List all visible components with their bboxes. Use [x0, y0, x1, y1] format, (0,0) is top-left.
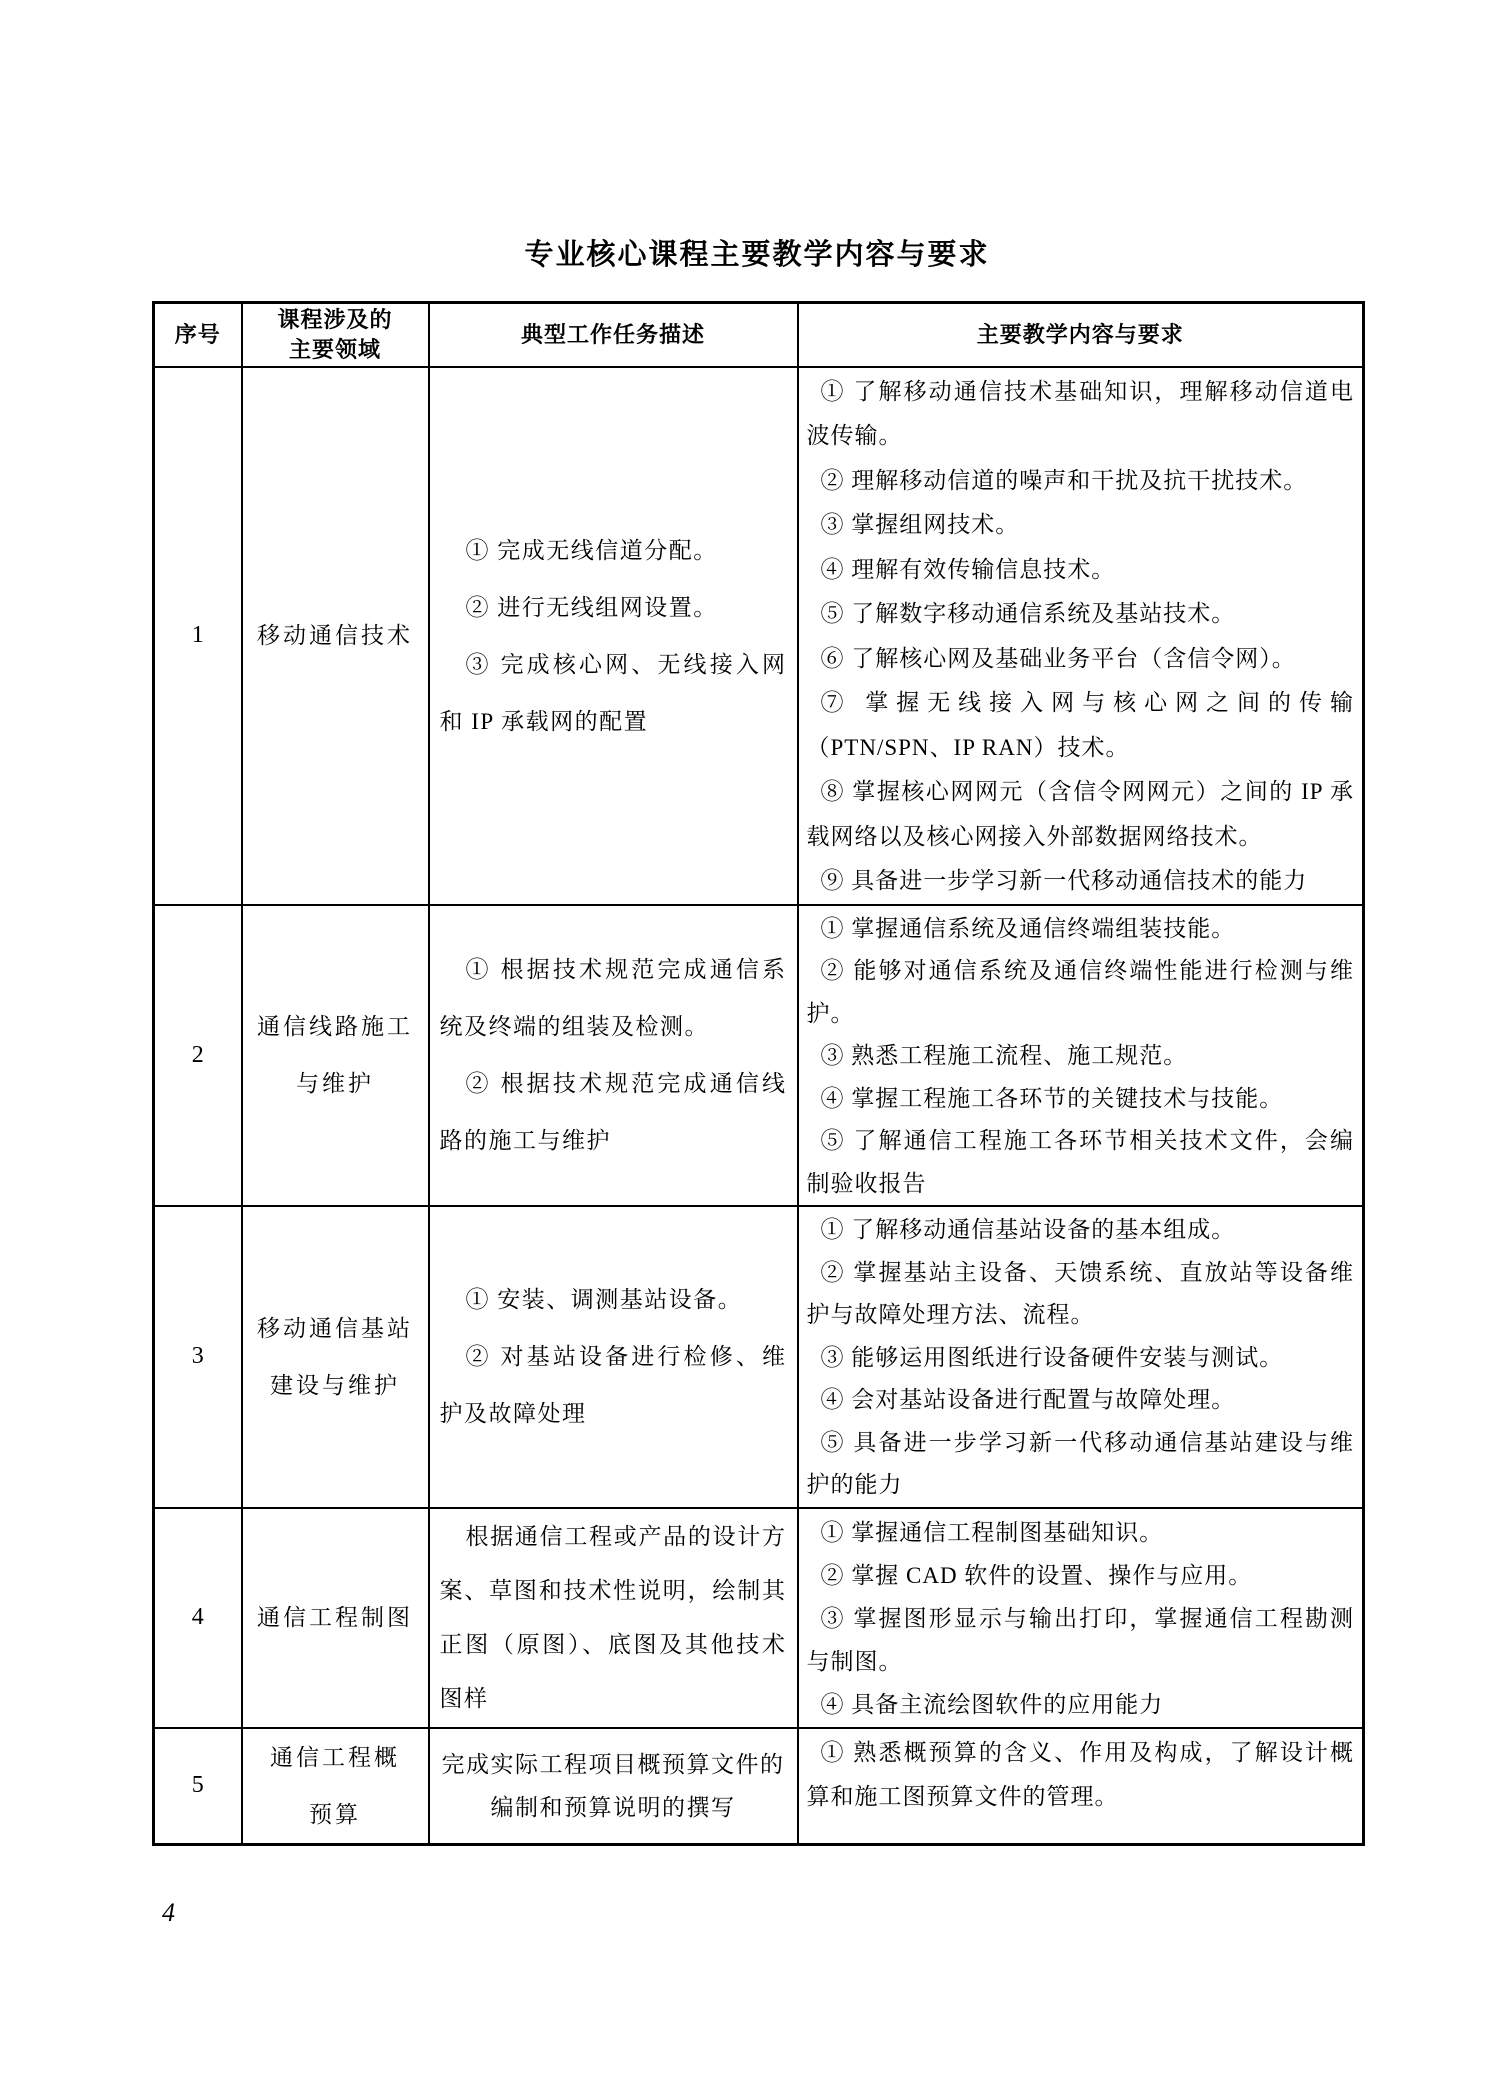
header-label: 主要教学内容与要求 [799, 320, 1363, 350]
header-cell-content: 主要教学内容与要求 [798, 303, 1364, 367]
content-item: ⑤ 具备进一步学习新一代移动通信基站建设与维护的能力 [807, 1422, 1355, 1507]
teaching-content: ① 熟悉概预算的含义、作用及构成，了解设计概算和施工图预算文件的管理。 [798, 1728, 1364, 1845]
task-item: ② 根据技术规范完成通信线路的施工与维护 [440, 1055, 787, 1169]
task-description: 完成实际工程项目概预算文件的编制和预算说明的撰写 [429, 1728, 798, 1845]
content-item: ④ 掌握工程施工各环节的关键技术与技能。 [807, 1078, 1355, 1121]
content-item: ② 能够对通信系统及通信终端性能进行检测与维护。 [807, 950, 1355, 1035]
teaching-content: ① 了解移动通信技术基础知识，理解移动信道电波传输。② 理解移动信道的噪声和干扰… [798, 367, 1364, 905]
content-item: ① 熟悉概预算的含义、作用及构成，了解设计概算和施工图预算文件的管理。 [807, 1731, 1355, 1819]
content-item: ① 掌握通信工程制图基础知识。 [807, 1511, 1355, 1554]
core-courses-table: 序号 课程涉及的 主要领域 典型工作任务描述 主要教学内容与要求 1 移动通信技… [152, 301, 1365, 1846]
content-item: ① 掌握通信系统及通信终端组装技能。 [807, 908, 1355, 951]
course-domain: 通信工程概预算 [242, 1728, 429, 1845]
teaching-content: ① 掌握通信工程制图基础知识。② 掌握 CAD 软件的设置、操作与应用。③ 掌握… [798, 1508, 1364, 1728]
document-page: 专业核心课程主要教学内容与要求 序号 课程涉及的 主要领域 典型工作任务描述 [0, 0, 1503, 2094]
table-header-row: 序号 课程涉及的 主要领域 典型工作任务描述 主要教学内容与要求 [154, 303, 1364, 367]
row-number: 3 [154, 1206, 242, 1508]
content-item: ⑨ 具备进一步学习新一代移动通信技术的能力 [807, 859, 1355, 904]
content-item: ③ 熟悉工程施工流程、施工规范。 [807, 1035, 1355, 1078]
content-item: ③ 掌握组网技术。 [807, 503, 1355, 548]
task-item: ① 根据技术规范完成通信系统及终端的组装及检测。 [440, 941, 787, 1055]
page-title: 专业核心课程主要教学内容与要求 [152, 238, 1362, 272]
content-item: ② 掌握 CAD 软件的设置、操作与应用。 [807, 1554, 1355, 1597]
course-domain: 移动通信技术 [242, 367, 429, 905]
domain-line: 预算 [243, 1786, 428, 1843]
domain-line: 移动通信基站 [243, 1300, 428, 1357]
table-row: 1 移动通信技术 ① 完成无线信道分配。② 进行无线组网设置。③ 完成核心网、无… [154, 367, 1364, 905]
content-item: ① 了解移动通信基站设备的基本组成。 [807, 1209, 1355, 1252]
content-item: ⑥ 了解核心网及基础业务平台（含信令网）。 [807, 637, 1355, 682]
header-label: 课程涉及的 [243, 305, 428, 335]
course-domain: 通信工程制图 [242, 1508, 429, 1728]
row-number: 2 [154, 905, 242, 1207]
table-row: 3 移动通信基站建设与维护 ① 安装、调测基站设备。② 对基站设备进行检修、维护… [154, 1206, 1364, 1508]
task-item: ③ 完成核心网、无线接入网和 IP 承载网的配置 [440, 636, 787, 750]
domain-line: 建设与维护 [243, 1357, 428, 1414]
content-item: ③ 掌握图形显示与输出打印，掌握通信工程勘测与制图。 [807, 1597, 1355, 1683]
domain-line: 与维护 [243, 1055, 428, 1112]
content-item: ① 了解移动通信技术基础知识，理解移动信道电波传输。 [807, 370, 1355, 459]
table-row: 2 通信线路施工与维护 ① 根据技术规范完成通信系统及终端的组装及检测。② 根据… [154, 905, 1364, 1207]
course-domain: 移动通信基站建设与维护 [242, 1206, 429, 1508]
domain-line: 通信工程概 [243, 1729, 428, 1786]
content-item: ⑤ 了解数字移动通信系统及基站技术。 [807, 592, 1355, 637]
content-item: ② 掌握基站主设备、天馈系统、直放站等设备维护与故障处理方法、流程。 [807, 1252, 1355, 1337]
domain-line: 移动通信技术 [243, 607, 428, 664]
content-item: ⑦ 掌握无线接入网与核心网之间的传输（PTN/SPN、IP RAN）技术。 [807, 681, 1355, 770]
header-label: 主要领域 [243, 335, 428, 365]
content-item: ④ 具备主流绘图软件的应用能力 [807, 1683, 1355, 1726]
header-cell-no: 序号 [154, 303, 242, 367]
content-item: ② 理解移动信道的噪声和干扰及抗干扰技术。 [807, 459, 1355, 504]
task-item: ② 对基站设备进行检修、维护及故障处理 [440, 1328, 787, 1442]
header-label: 典型工作任务描述 [430, 320, 797, 350]
task-item: 完成实际工程项目概预算文件的编制和预算说明的撰写 [440, 1743, 787, 1829]
row-number: 4 [154, 1508, 242, 1728]
task-description: ① 完成无线信道分配。② 进行无线组网设置。③ 完成核心网、无线接入网和 IP … [429, 367, 798, 905]
header-label: 序号 [155, 320, 241, 350]
table-row: 4 通信工程制图 根据通信工程或产品的设计方案、草图和技术性说明，绘制其正图（原… [154, 1508, 1364, 1728]
page-number: 4 [162, 1898, 175, 1928]
task-description: ① 根据技术规范完成通信系统及终端的组装及检测。② 根据技术规范完成通信线路的施… [429, 905, 798, 1207]
content-item: ④ 会对基站设备进行配置与故障处理。 [807, 1379, 1355, 1422]
domain-line: 通信线路施工 [243, 998, 428, 1055]
task-item: ① 安装、调测基站设备。 [440, 1271, 787, 1328]
content-item: ③ 能够运用图纸进行设备硬件安装与测试。 [807, 1337, 1355, 1380]
content-item: ⑤ 了解通信工程施工各环节相关技术文件，会编制验收报告 [807, 1120, 1355, 1205]
task-item: ② 进行无线组网设置。 [440, 579, 787, 636]
header-cell-domain: 课程涉及的 主要领域 [242, 303, 429, 367]
task-description: 根据通信工程或产品的设计方案、草图和技术性说明，绘制其正图（原图）、底图及其他技… [429, 1508, 798, 1728]
teaching-content: ① 掌握通信系统及通信终端组装技能。② 能够对通信系统及通信终端性能进行检测与维… [798, 905, 1364, 1207]
row-number: 1 [154, 367, 242, 905]
task-item: ① 完成无线信道分配。 [440, 522, 787, 579]
table-row: 5 通信工程概预算 完成实际工程项目概预算文件的编制和预算说明的撰写 ① 熟悉概… [154, 1728, 1364, 1845]
teaching-content: ① 了解移动通信基站设备的基本组成。② 掌握基站主设备、天馈系统、直放站等设备维… [798, 1206, 1364, 1508]
content-item: ⑧ 掌握核心网网元（含信令网网元）之间的 IP 承载网络以及核心网接入外部数据网… [807, 770, 1355, 859]
row-number: 5 [154, 1728, 242, 1845]
course-domain: 通信线路施工与维护 [242, 905, 429, 1207]
header-cell-task: 典型工作任务描述 [429, 303, 798, 367]
task-description: ① 安装、调测基站设备。② 对基站设备进行检修、维护及故障处理 [429, 1206, 798, 1508]
content-item: ④ 理解有效传输信息技术。 [807, 548, 1355, 593]
task-item: 根据通信工程或产品的设计方案、草图和技术性说明，绘制其正图（原图）、底图及其他技… [440, 1510, 787, 1726]
domain-line: 通信工程制图 [243, 1589, 428, 1646]
